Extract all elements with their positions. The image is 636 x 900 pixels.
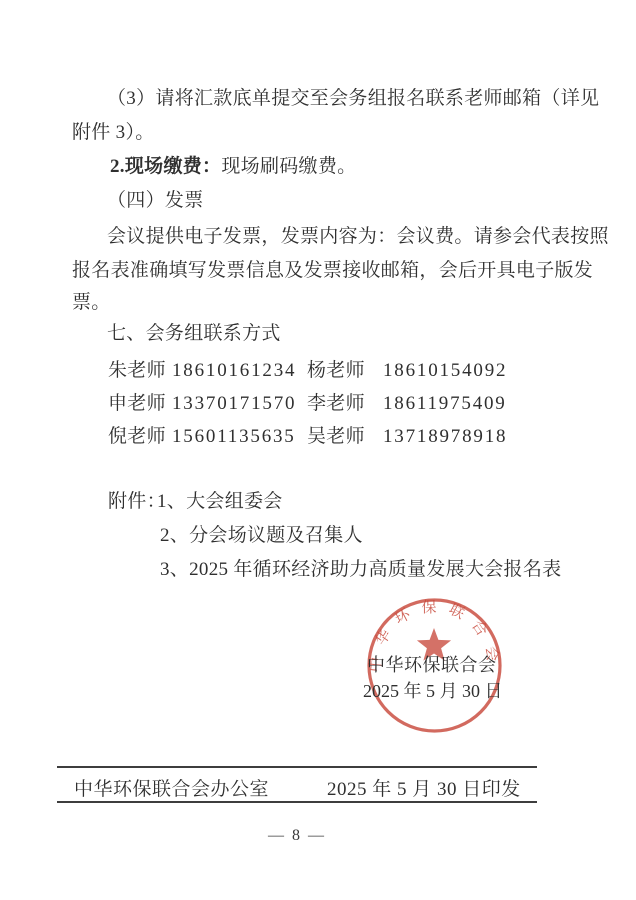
document-page: （3）请将汇款底单提交至会务组报名联系老师邮箱（详见 附件 3）。 2.现场缴费… <box>0 0 636 900</box>
page-number: — 8 — <box>268 827 326 845</box>
item-onsite-payment: 2.现场缴费：现场刷码缴费。 <box>110 156 356 178</box>
attachment-item: 1、大会组委会 <box>157 491 283 513</box>
footer-rule-bottom <box>57 801 537 803</box>
para-payment-line2: 附件 3）。 <box>72 122 155 144</box>
contact-name: 申老师 <box>108 393 166 415</box>
contact-phone: 15601135635 <box>172 426 296 448</box>
footer-rule-top <box>57 766 537 768</box>
contact-name: 朱老师 <box>108 360 166 382</box>
contact-phone: 13370171570 <box>172 393 296 415</box>
para-invoice-line2: 报名表准确填写发票信息及发票接收邮箱，会后开具电子版发 <box>72 260 593 282</box>
para-payment-line1: （3）请将汇款底单提交至会务组报名联系老师邮箱（详见 <box>107 88 599 110</box>
signature-org: 中华环保联合会 <box>367 651 497 677</box>
section-invoice-heading: （四）发票 <box>107 190 204 212</box>
contact-name: 李老师 <box>307 393 365 415</box>
contact-phone: 18611975409 <box>383 393 507 415</box>
contact-name: 倪老师 <box>108 426 166 448</box>
section-contacts-heading: 七、会务组联系方式 <box>107 323 281 345</box>
contact-phone: 13718978918 <box>383 426 507 448</box>
contact-phone: 18610161234 <box>172 360 296 382</box>
contact-name: 杨老师 <box>307 360 365 382</box>
para-invoice-line1: 会议提供电子发票，发票内容为：会议费。请参会代表按照 <box>107 226 609 248</box>
attachment-item: 2、分会场议题及召集人 <box>160 525 363 547</box>
item-onsite-label: 2.现场缴费： <box>110 156 221 177</box>
signature-date: 2025 年 5 月 30 日 <box>363 677 503 703</box>
footer-issued: 2025 年 5 月 30 日印发 <box>327 774 521 801</box>
contact-phone: 18610154092 <box>383 360 507 382</box>
footer-office: 中华环保联合会办公室 <box>74 774 269 801</box>
contact-name: 吴老师 <box>307 426 365 448</box>
attachment-item: 3、2025 年循环经济助力高质量发展大会报名表 <box>160 559 561 581</box>
item-onsite-text: 现场刷码缴费。 <box>221 156 356 177</box>
para-invoice-line3: 票。 <box>72 292 111 314</box>
